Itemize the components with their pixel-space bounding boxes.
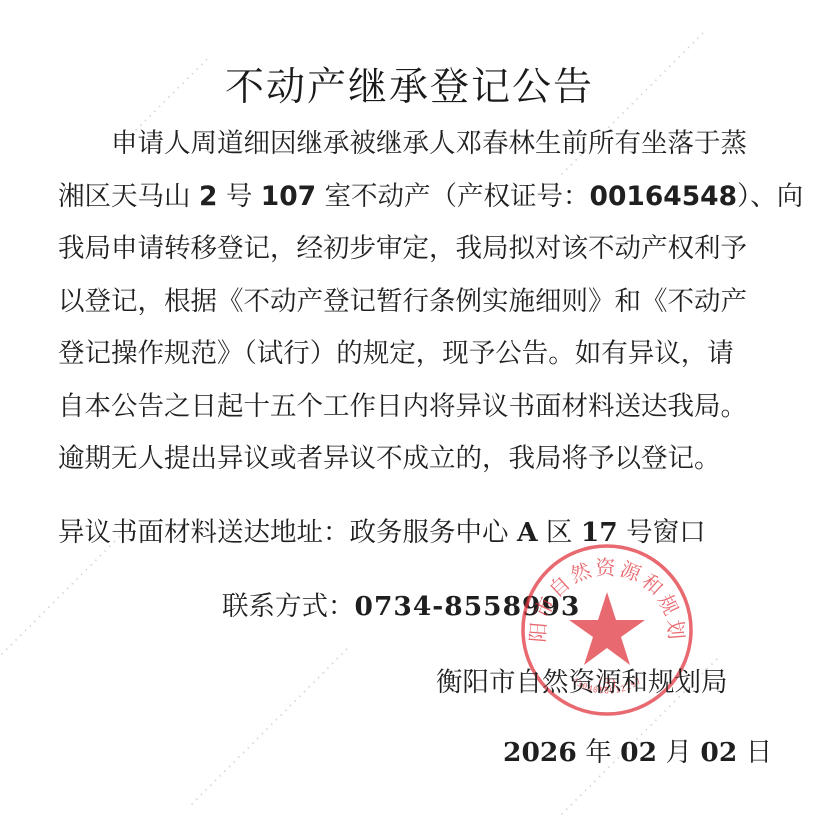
building-number: 2 <box>199 181 217 212</box>
body-line: 自本公告之日起十五个工作日内将异议书面材料送达我局。 <box>58 381 774 434</box>
text-segment: 区 <box>538 517 581 548</box>
text-segment: 月 <box>657 737 700 768</box>
body-line: 我局申请转移登记，经初步审定，我局拟对该不动产权利予 <box>58 223 774 276</box>
address-label: 异议书面材料送达地址：政务服务中心 <box>58 517 517 548</box>
body-line: 登记操作规范》（试行）的规定，现予公告。如有异议，请 <box>58 328 774 381</box>
page-title: 不动产继承登记公告 <box>0 56 819 112</box>
date-day: 02 <box>700 737 737 768</box>
text-segment: 我局申请转移登记，经初步审定，我局拟对该不动产权利予 <box>58 233 747 264</box>
certificate-number: 00164548 <box>590 181 738 212</box>
text-segment: ）、向 <box>737 181 803 212</box>
watermark: ·································· <box>185 643 353 811</box>
text-segment: 湘区天马山 <box>58 181 199 212</box>
body-line: 湘区天马山 2 号 107 室不动产（产权证号：00164548）、向 <box>58 171 774 224</box>
text-segment: 室不动产（产权证号： <box>316 181 589 212</box>
body-line: 逾期无人提出异议或者异议不成立的，我局将予以登记。 <box>58 433 774 486</box>
notice-page: ······························· ········… <box>0 0 819 819</box>
contact-phone: 0734-8558993 <box>355 591 581 622</box>
date-year: 2026 <box>503 737 577 768</box>
address-zone: A <box>517 517 538 548</box>
watermark: ·························· <box>0 530 126 661</box>
text-segment: 自本公告之日起十五个工作日内将异议书面材料送达我局。 <box>58 391 747 422</box>
room-number: 107 <box>261 181 316 212</box>
date-month: 02 <box>620 737 657 768</box>
text-segment: 年 <box>577 737 620 768</box>
text-segment: 日 <box>737 737 772 768</box>
text-segment: 登记操作规范》（试行）的规定，现予公告。如有异议，请 <box>58 338 734 369</box>
objection-address: 异议书面材料送达地址：政务服务中心 A 区 17 号窗口 <box>58 510 706 549</box>
contact-label: 联系方式： <box>222 591 355 622</box>
text-segment: 以登记，根据《不动产登记暂行条例实施细则》和《不动产 <box>58 286 747 317</box>
issue-date: 2026 年 02 月 02 日 <box>503 730 772 769</box>
issuing-authority: 衡阳市自然资源和规划局 <box>436 660 728 699</box>
text-segment: 申请人周道细因继承被继承人邓春林生前所有坐落于蒸 <box>111 128 747 159</box>
text-segment: 逾期无人提出异议或者异议不成立的，我局将予以登记。 <box>58 443 721 474</box>
body-line: 以登记，根据《不动产登记暂行条例实施细则》和《不动产 <box>58 276 774 329</box>
body-line: 申请人周道细因继承被继承人邓春林生前所有坐落于蒸 <box>58 118 774 171</box>
address-window-number: 17 <box>581 517 618 548</box>
contact-info: 联系方式：0734-8558993 <box>222 584 580 623</box>
text-segment: 号窗口 <box>618 517 706 548</box>
text-segment: 号 <box>217 181 260 212</box>
notice-body: 申请人周道细因继承被继承人邓春林生前所有坐落于蒸 湘区天马山 2 号 107 室… <box>58 118 774 486</box>
